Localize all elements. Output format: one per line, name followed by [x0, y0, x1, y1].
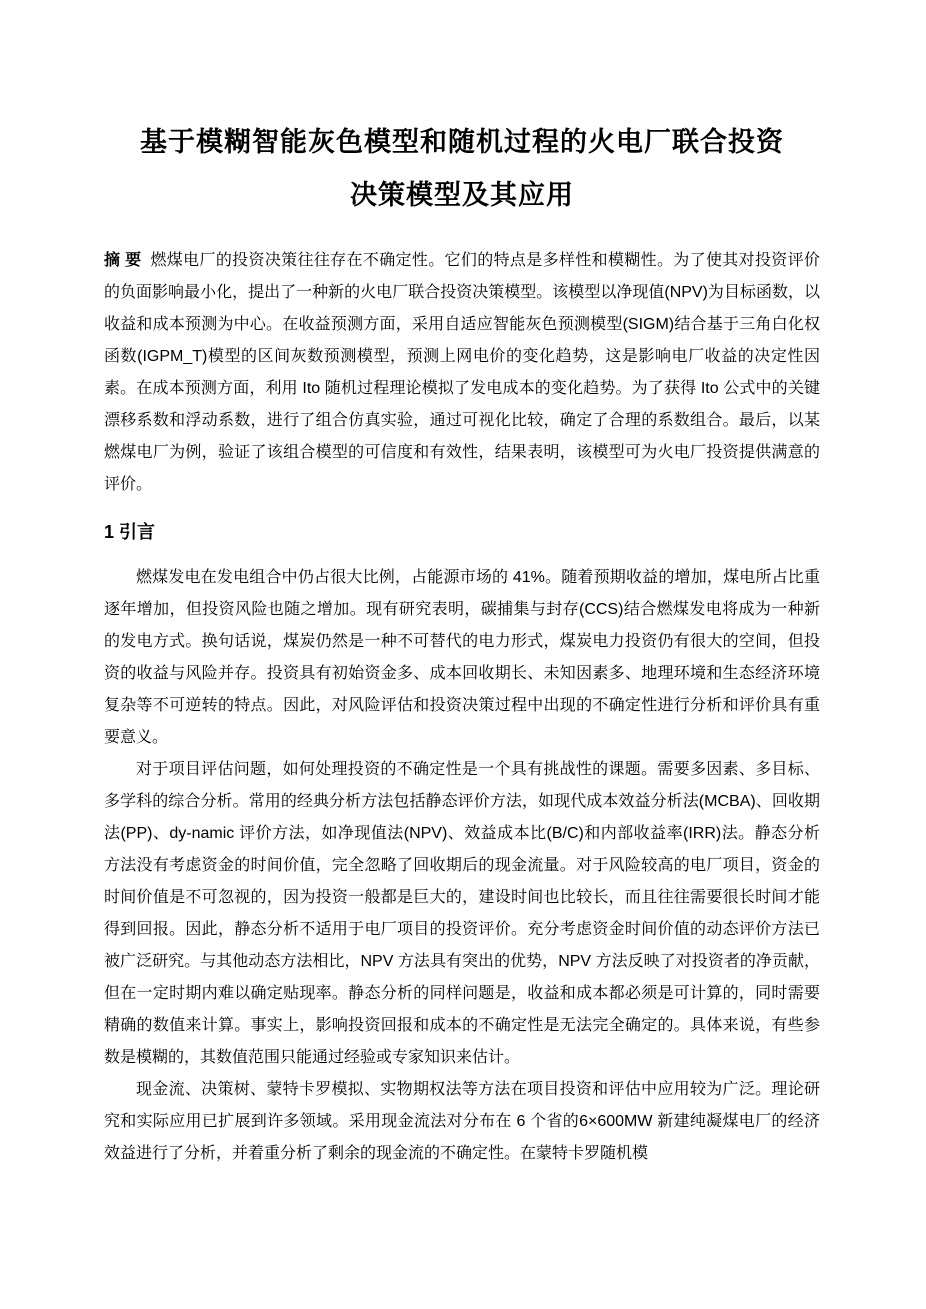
abstract-text: 燃煤电厂的投资决策往往存在不确定性。它们的特点是多样性和模糊性。为了使其对投资评… [104, 252, 820, 493]
intro-paragraph-3: 现金流、决策树、蒙特卡罗模拟、实物期权法等方法在项目投资和评估中应用较为广泛。理… [104, 1074, 820, 1170]
intro-paragraph-1: 燃煤发电在发电组合中仍占很大比例，占能源市场的 41%。随着预期收益的增加，煤电… [104, 562, 820, 754]
section-heading-introduction: 1 引言 [104, 519, 820, 545]
abstract-label: 摘 要 [104, 252, 141, 269]
abstract: 摘 要燃煤电厂的投资决策往往存在不确定性。它们的特点是多样性和模糊性。为了使其对… [104, 245, 820, 501]
paper-title: 基于模糊智能灰色模型和随机过程的火电厂联合投资决策模型及其应用 [132, 116, 792, 222]
intro-paragraph-2: 对于项目评估问题，如何处理投资的不确定性是一个具有挑战性的课题。需要多因素、多目… [104, 754, 820, 1074]
paper-page: 基于模糊智能灰色模型和随机过程的火电厂联合投资决策模型及其应用 摘 要燃煤电厂的… [0, 0, 926, 1309]
